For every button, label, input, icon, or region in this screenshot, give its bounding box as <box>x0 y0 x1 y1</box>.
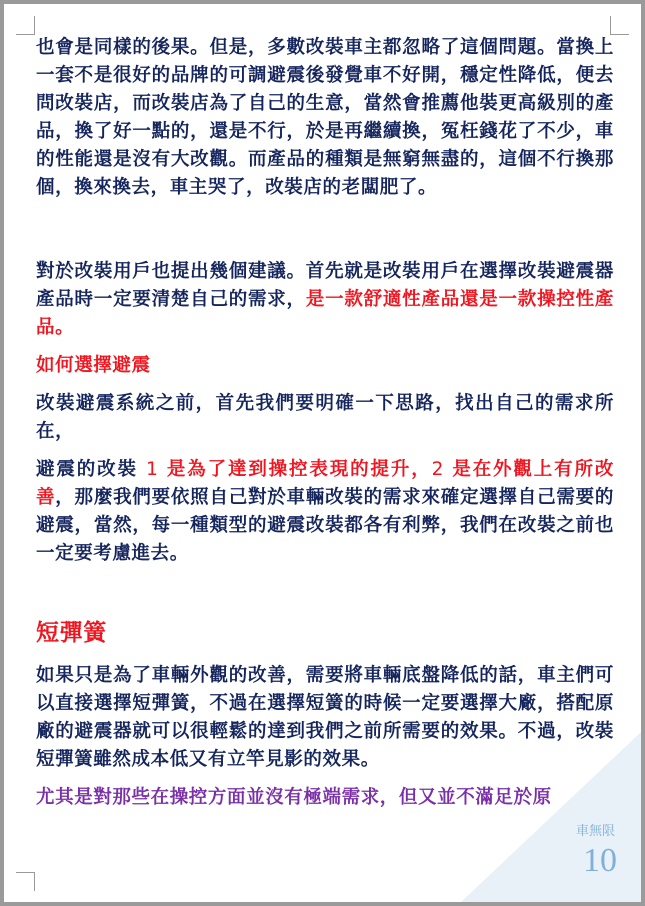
paragraph-5: 如果只是為了車輛外觀的改善，需要將車輛底盤降低的話，車主們可以直接選擇短彈簧，不… <box>36 662 614 774</box>
paragraph-1: 也會是同樣的後果。但是，多數改裝車主都忽略了這個問題。當換上一套不是很好的品牌的… <box>36 34 614 202</box>
crop-mark-top-left <box>16 16 35 35</box>
crop-mark-top-right <box>610 16 629 35</box>
heading-how-to-choose: 如何選擇避震 <box>36 352 614 380</box>
paragraph-4-rest: ，那麼我們要依照自己對於車輛改裝的需求來確定選擇自己需要的避震，當然，每一種類型… <box>36 487 614 564</box>
paragraph-6: 尤其是對那些在操控方面並沒有極端需求，但又並不滿足於原 <box>36 784 614 812</box>
paragraph-2: 對於改裝用戶也提出幾個建議。首先就是改裝用戶在選擇改裝避震器產品時一定要清楚自己… <box>36 258 614 342</box>
page-number: 10 <box>583 842 617 880</box>
document-page: 也會是同樣的後果。但是，多數改裝車主都忽略了這個問題。當換上一套不是很好的品牌的… <box>4 4 641 902</box>
page-content: 也會是同樣的後果。但是，多數改裝車主都忽略了這個問題。當換上一套不是很好的品牌的… <box>36 34 614 812</box>
heading-short-springs: 短彈簧 <box>36 616 614 650</box>
crop-mark-bottom-left <box>16 872 35 891</box>
list-number-1: 1 <box>146 459 158 480</box>
paragraph-4-highlight-1: 是為了達到操控表現的提升， <box>159 459 432 480</box>
paragraph-4-text: 避震的改裝 <box>36 459 146 480</box>
paragraph-4: 避震的改裝 1 是為了達到操控表現的提升，2 是在外觀上有所改善，那麼我們要依照… <box>36 456 614 568</box>
list-number-2: 2 <box>432 459 444 480</box>
paragraph-3: 改裝避震系統之前，首先我們要明確一下思路，找出自己的需求所在， <box>36 390 614 446</box>
footer-label: 車無限 <box>576 820 615 839</box>
